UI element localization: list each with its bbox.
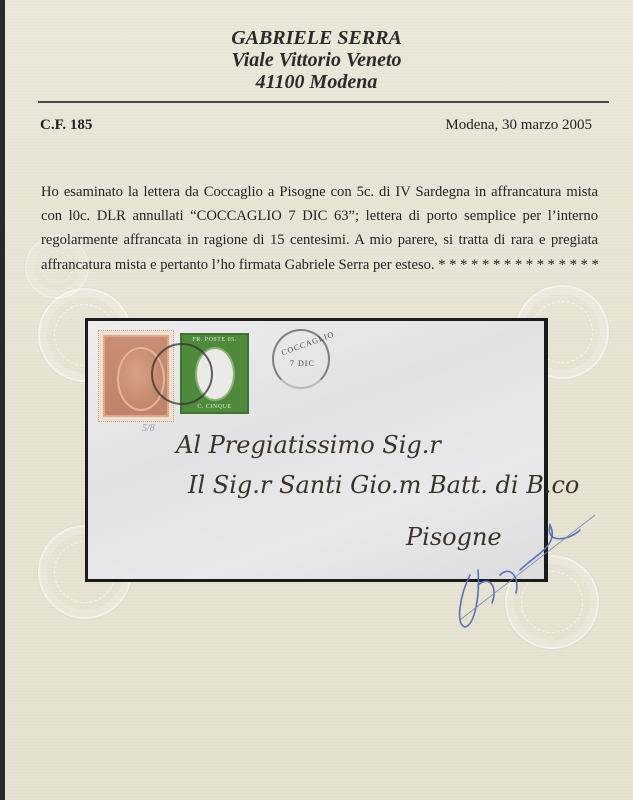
postmark-icon <box>151 343 213 405</box>
certificate-body: Ho esaminato la lettera da Coccaglio a P… <box>41 180 598 277</box>
body-line: affrancatura mista e pertanto l’ho firma… <box>41 253 598 277</box>
address-line: Al Pregiatissimo Sig.r <box>176 431 441 459</box>
header-divider <box>38 101 609 103</box>
postmark-town: COCCAGLIO <box>280 330 335 357</box>
issuer-street: Viale Vittorio Veneto <box>0 49 633 71</box>
pencil-note: 5/8 <box>142 423 155 434</box>
body-line: con l0c. DLR annullati “COCCAGLIO 7 DIC … <box>41 204 598 228</box>
body-line: Ho esaminato la lettera da Coccaglio a P… <box>41 180 598 204</box>
place-date: Modena, 30 marzo 2005 <box>445 117 592 134</box>
stamp-top-text: FR. POSTE 05. <box>182 337 247 343</box>
certificate-reference: C.F. 185 <box>40 117 92 134</box>
issuer-header: GABRIELE SERRA Viale Vittorio Veneto 411… <box>0 27 633 93</box>
body-line: regolarmente affrancata in ragione di 15… <box>41 228 598 252</box>
stamp-bottom-text: C. CINQUE <box>182 404 247 410</box>
postmark-date: 7 DIC <box>290 359 315 368</box>
expert-signature-icon <box>450 515 600 635</box>
address-line: Il Sig.r Santi Gio.m Batt. di B.co <box>188 471 579 499</box>
issuer-city: 41100 Modena <box>0 71 633 93</box>
scan-edge <box>0 0 5 800</box>
issuer-name: GABRIELE SERRA <box>0 27 633 49</box>
postmark-icon: COCCAGLIO 7 DIC <box>272 329 330 389</box>
